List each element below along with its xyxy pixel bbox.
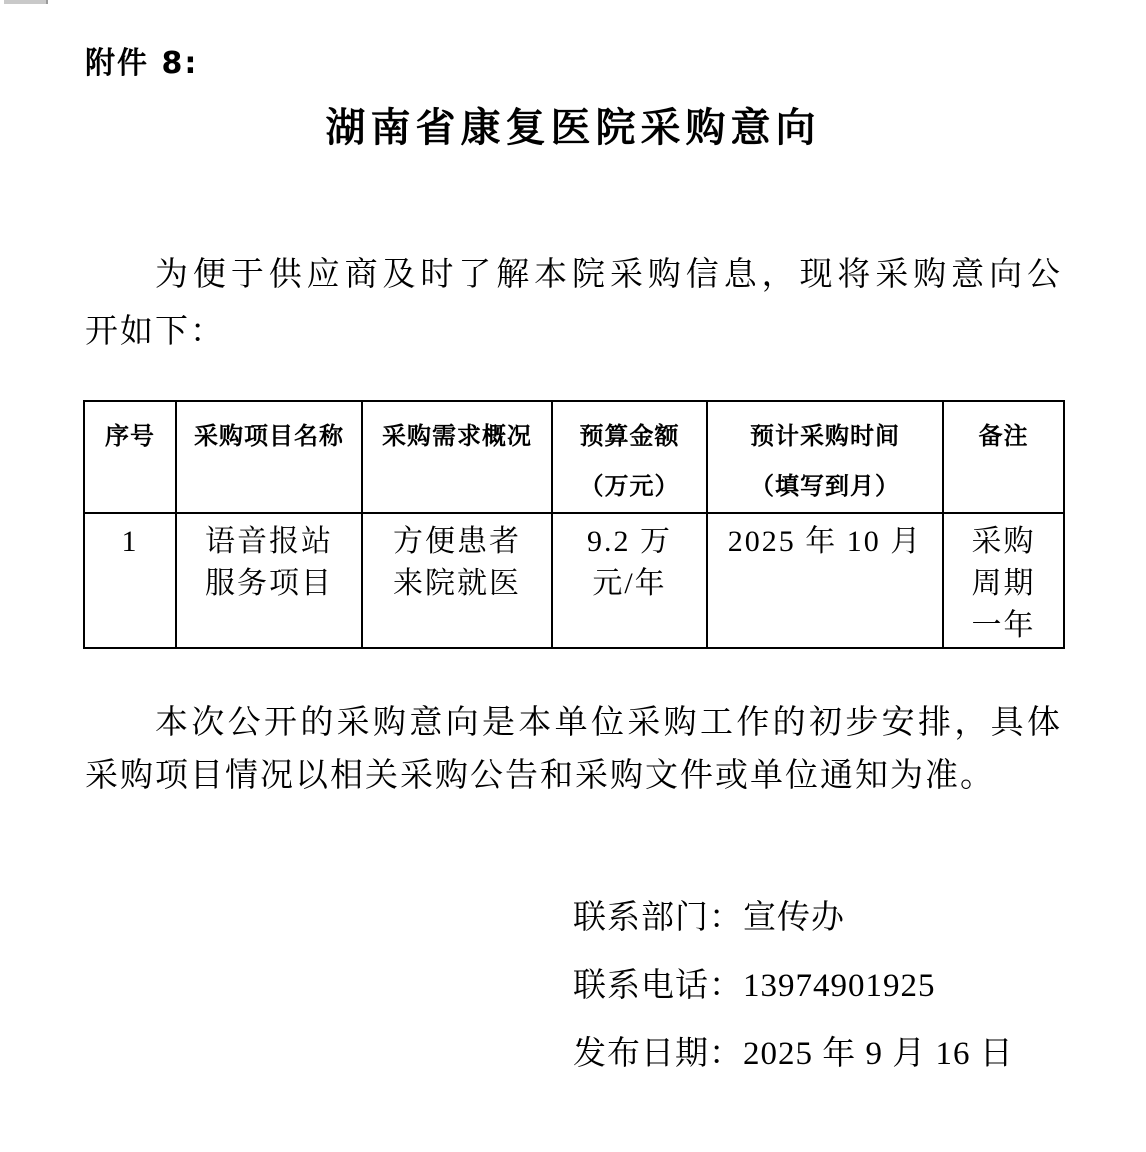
text-line: （填写到月） bbox=[708, 462, 942, 512]
text-line: 预算金额 bbox=[553, 412, 706, 462]
text-line: 来院就医 bbox=[363, 563, 551, 605]
header-cell-budget-amount: 预算金额（万元） bbox=[552, 401, 707, 513]
cell-budget-amount: 9.2 万元/年 bbox=[552, 513, 707, 648]
cell-serial-number: 1 bbox=[84, 513, 176, 648]
text-line: 预计采购时间 bbox=[708, 412, 942, 462]
text-line: 联系部门：宣传办 bbox=[573, 884, 1014, 952]
closing-paragraph: 本次公开的采购意向是本单位采购工作的初步安排，具体采购项目情况以相关采购公告和采… bbox=[85, 697, 1062, 803]
document-page: 附件 8: 湖南省康复医院采购意向 为便于供应商及时了解本院采购信息，现将采购意… bbox=[0, 0, 1146, 1152]
intro-paragraph: 为便于供应商及时了解本院采购信息，现将采购意向公开如下： bbox=[85, 247, 1062, 361]
text-line: 9.2 万 bbox=[553, 521, 706, 563]
text-line: 发布日期：2025 年 9 月 16 日 bbox=[573, 1020, 1014, 1088]
text-line: 采购项目情况以相关采购公告和采购文件或单位通知为准。 bbox=[85, 750, 1062, 803]
text-line: 联系电话：13974901925 bbox=[573, 952, 1014, 1020]
text-line: 方便患者 bbox=[363, 521, 551, 563]
header-cell-project-name: 采购项目名称 bbox=[176, 401, 362, 513]
text-line: 采购需求概况 bbox=[363, 412, 551, 462]
text-line: （万元） bbox=[553, 462, 706, 512]
scan-artifact bbox=[4, 0, 48, 4]
table-header-row: 序号 采购项目名称 采购需求概况 预算金额（万元） 预计采购时间（填写到月） 备… bbox=[84, 401, 1064, 513]
header-cell-planned-time: 预计采购时间（填写到月） bbox=[707, 401, 943, 513]
text-line: 周期 bbox=[944, 563, 1063, 605]
document-title: 湖南省康复医院采购意向 bbox=[0, 96, 1146, 153]
cell-planned-time: 2025 年 10 月 bbox=[707, 513, 943, 648]
text-line: 2025 年 10 月 bbox=[708, 521, 942, 563]
text-line: 语音报站 bbox=[177, 521, 361, 563]
text-line: 采购 bbox=[944, 521, 1063, 563]
attachment-label: 附件 8: bbox=[85, 38, 198, 82]
header-cell-demand-overview: 采购需求概况 bbox=[362, 401, 552, 513]
cell-remarks: 采购周期一年 bbox=[943, 513, 1064, 648]
contact-block: 联系部门：宣传办联系电话：13974901925发布日期：2025 年 9 月 … bbox=[573, 884, 1014, 1088]
text-line: 一年 bbox=[944, 605, 1063, 647]
text-line: 开如下： bbox=[85, 304, 1062, 361]
header-cell-serial-number: 序号 bbox=[84, 401, 176, 513]
header-cell-remarks: 备注 bbox=[943, 401, 1064, 513]
table-data-row: 1 语音报站服务项目 方便患者来院就医 9.2 万元/年 2025 年 10 月… bbox=[84, 513, 1064, 648]
text-line: 序号 bbox=[85, 412, 175, 462]
cell-demand-overview: 方便患者来院就医 bbox=[362, 513, 552, 648]
cell-project-name: 语音报站服务项目 bbox=[176, 513, 362, 648]
text-line: 为便于供应商及时了解本院采购信息，现将采购意向公 bbox=[85, 247, 1062, 304]
procurement-intent-table: 序号 采购项目名称 采购需求概况 预算金额（万元） 预计采购时间（填写到月） 备… bbox=[83, 400, 1065, 649]
text-line: 备注 bbox=[944, 412, 1063, 462]
text-line: 服务项目 bbox=[177, 563, 361, 605]
text-line: 1 bbox=[85, 521, 175, 563]
text-line: 元/年 bbox=[553, 563, 706, 605]
text-line: 本次公开的采购意向是本单位采购工作的初步安排，具体 bbox=[85, 697, 1062, 750]
text-line: 采购项目名称 bbox=[177, 412, 361, 462]
